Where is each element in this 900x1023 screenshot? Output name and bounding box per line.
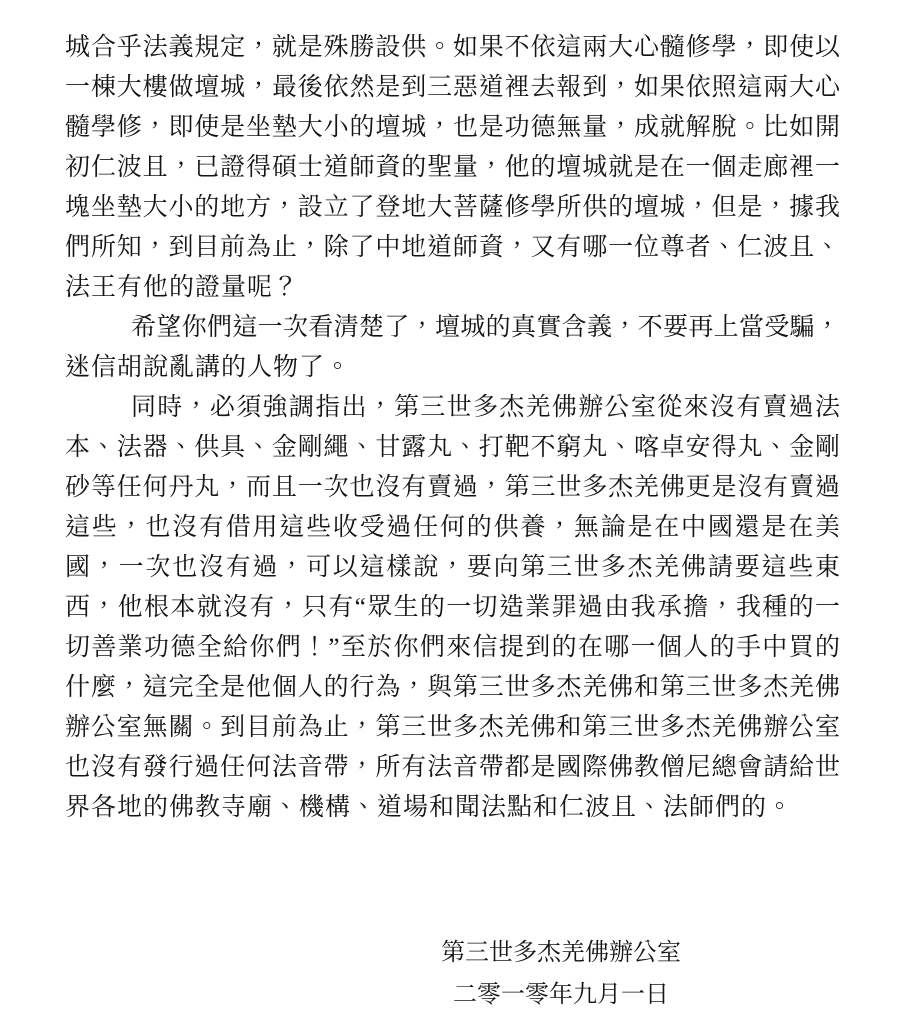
- body-text-line: 本、法器、供具、金剛繩、甘露丸、打靶不窮丸、喀卓安得丸、金剛: [65, 428, 840, 468]
- body-text-line: 迷信胡說亂講的人物了。: [65, 348, 840, 388]
- signature-date: 二零一零年九月一日: [222, 974, 900, 1016]
- body-text-line: 也沒有發行過任何法音帶，所有法音帶都是國際佛教僧尼總會請給世: [65, 748, 840, 788]
- body-text-line: 髓學修，即使是坐墊大小的壇城，也是功德無量，成就解脫。比如開: [65, 108, 840, 148]
- document-page: 城合乎法義規定，就是殊勝設供。如果不依這兩大心髓修學，即使以 一棟大樓做壇城，最…: [0, 0, 900, 1023]
- body-text-line: 城合乎法義規定，就是殊勝設供。如果不依這兩大心髓修學，即使以: [65, 28, 840, 68]
- body-text-line: 塊坐墊大小的地方，設立了登地大菩薩修學所供的壇城，但是，據我: [65, 188, 840, 228]
- body-text-line: 們所知，到目前為止，除了中地道師資，又有哪一位尊者、仁波且、: [65, 228, 840, 268]
- body-text-block: 城合乎法義規定，就是殊勝設供。如果不依這兩大心髓修學，即使以 一棟大樓做壇城，最…: [65, 28, 840, 828]
- body-text-line: 同時，必須強調指出，第三世多杰羌佛辦公室從來沒有賣過法: [65, 388, 840, 428]
- body-text-line: 法王有他的證量呢？: [65, 268, 840, 308]
- body-text-line: 什麼，這完全是他個人的行為，與第三世多杰羌佛和第三世多杰羌佛: [65, 668, 840, 708]
- body-text-line: 砂等任何丹丸，而且一次也沒有賣過，第三世多杰羌佛更是沒有賣過: [65, 468, 840, 508]
- body-text-line: 這些，也沒有借用這些收受過任何的供養，無論是在中國還是在美: [65, 508, 840, 548]
- body-text-line: 辦公室無關。到目前為止，第三世多杰羌佛和第三世多杰羌佛辦公室: [65, 708, 840, 748]
- signature-name: 第三世多杰羌佛辦公室: [222, 932, 900, 974]
- signature-block: 第三世多杰羌佛辦公室 二零一零年九月一日: [222, 932, 900, 1016]
- body-text-line: 希望你們這一次看清楚了，壇城的真實含義，不要再上當受騙，: [65, 308, 840, 348]
- body-text-line: 界各地的佛教寺廟、機構、道場和聞法點和仁波且、法師們的。: [65, 788, 840, 828]
- body-text-line: 國，一次也沒有過，可以這樣說，要向第三世多杰羌佛請要這些東: [65, 548, 840, 588]
- body-text-line: 西，他根本就沒有，只有“眾生的一切造業罪過由我承擔，我種的一: [65, 588, 840, 628]
- body-text-line: 切善業功德全給你們！”至於你們來信提到的在哪一個人的手中買的: [65, 628, 840, 668]
- body-text-line: 初仁波且，已證得碩士道師資的聖量，他的壇城就是在一個走廊裡一: [65, 148, 840, 188]
- body-text-line: 一棟大樓做壇城，最後依然是到三惡道裡去報到，如果依照這兩大心: [65, 68, 840, 108]
